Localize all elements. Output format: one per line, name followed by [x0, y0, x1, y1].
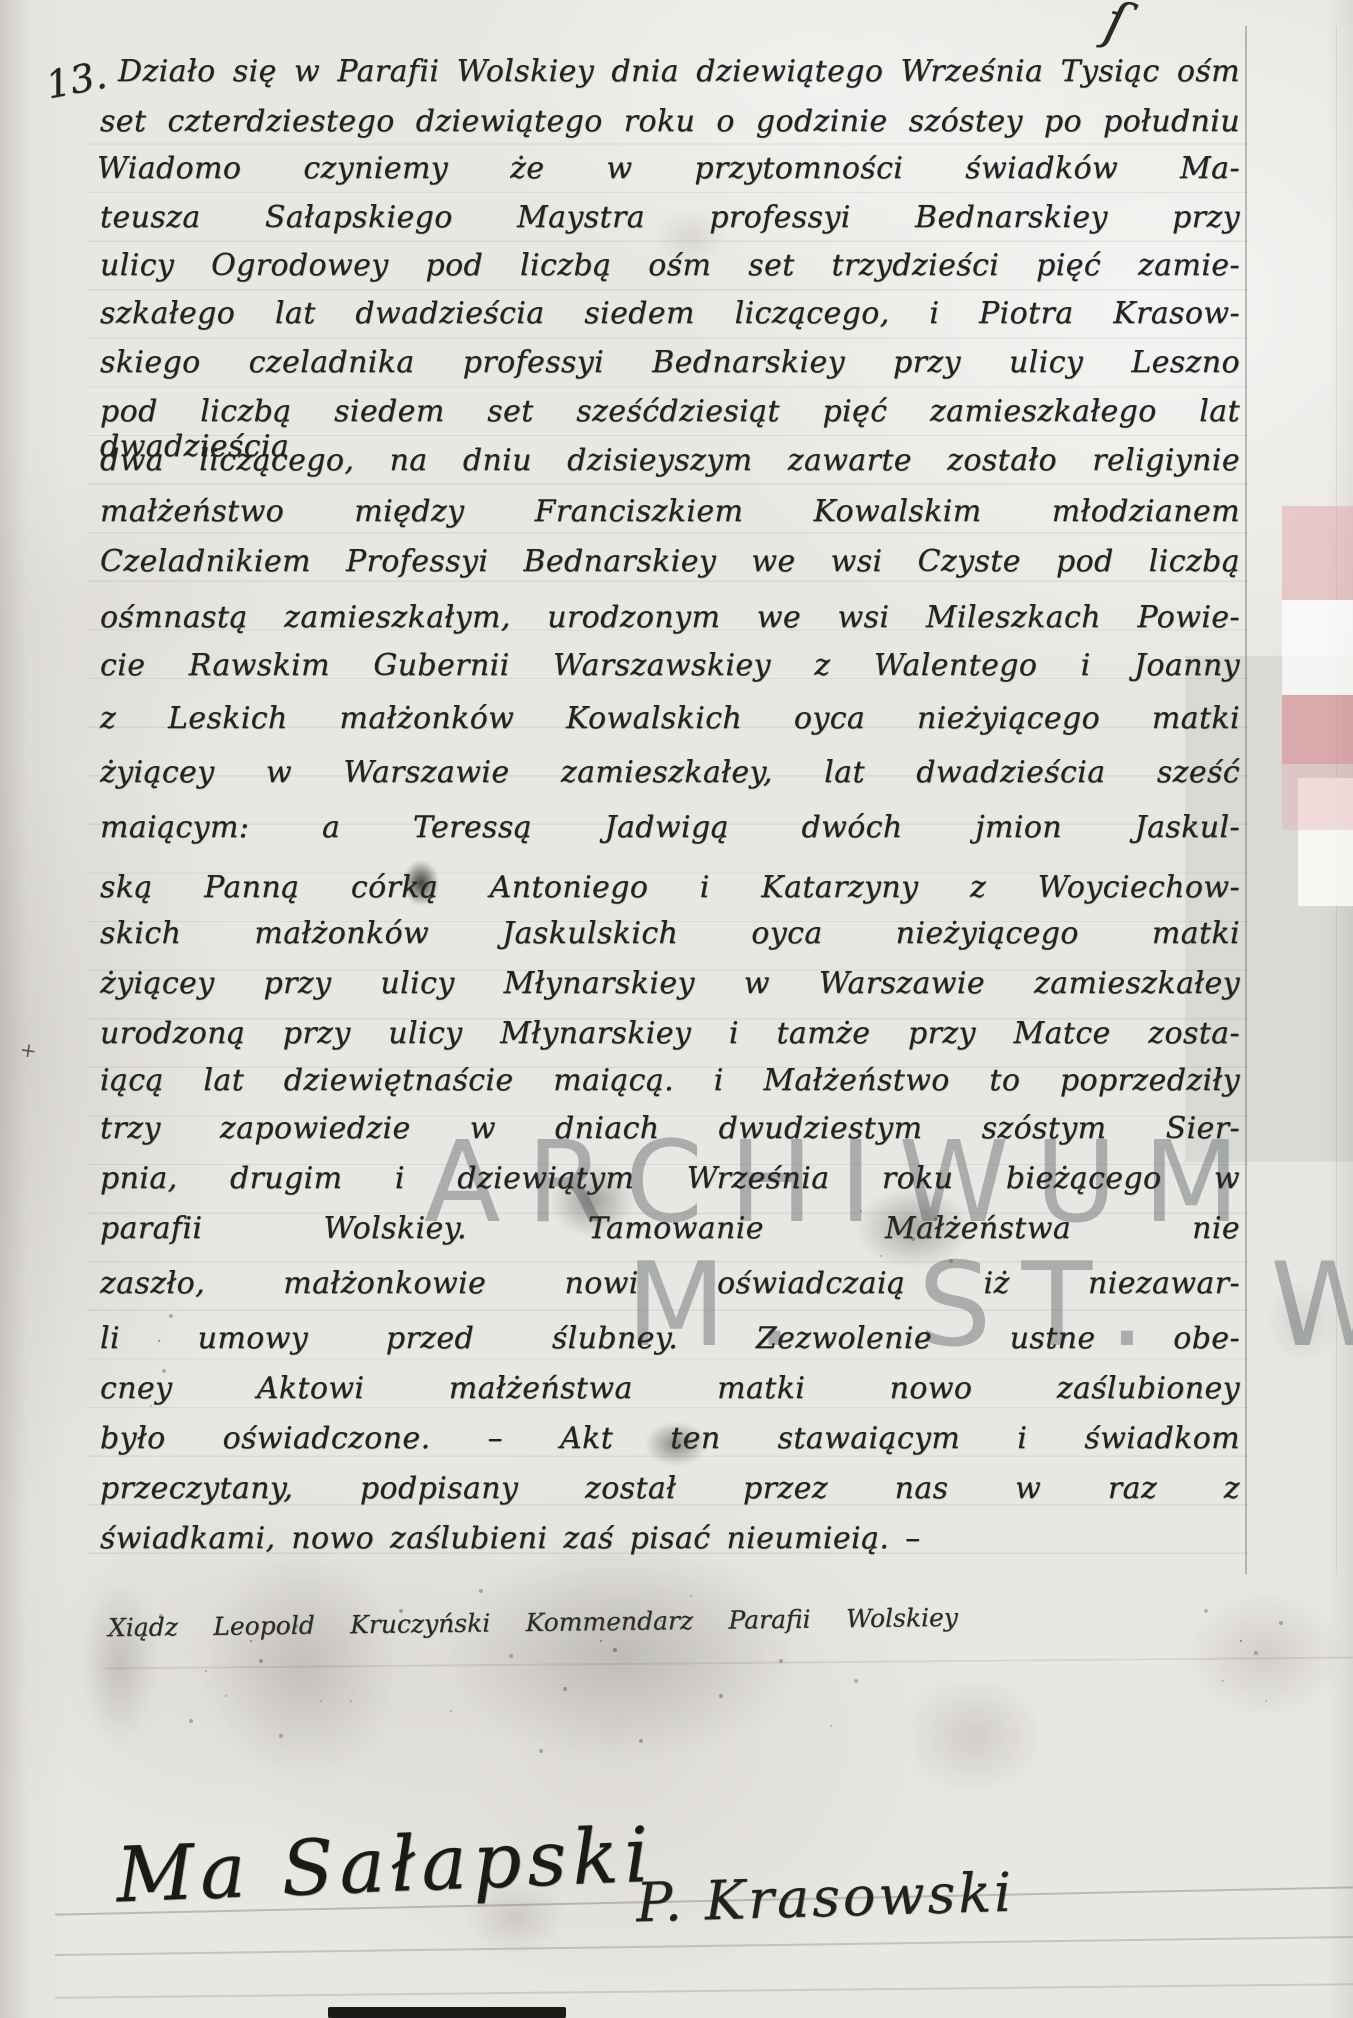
- left-margin-mark: +: [18, 1037, 36, 1063]
- record-text-line: trzy zapowiedzie w dniach dwudziestym sz…: [100, 1111, 1240, 1157]
- record-text-line: pod liczbą siedem set sześćdziesiąt pięć…: [100, 394, 1240, 440]
- record-text-line: li umowy przed ślubney. Zezwolenie ustne…: [100, 1321, 1240, 1367]
- ink-speckles: [158, 1340, 160, 1342]
- record-text-line: ską Panną córką Antoniego i Katarzyny z …: [100, 870, 1240, 916]
- archive-logo-pink-block-mid: [1282, 695, 1353, 764]
- document-scan: ARCHIWUM M. ST. W 13. ſ + Działo się w P…: [0, 0, 1353, 2018]
- record-text-line: iącą lat dziewiętnaście maiącą. i Małżeń…: [100, 1063, 1240, 1109]
- archive-logo-white-block: [1282, 600, 1353, 695]
- record-text-line: żyiącey przy ulicy Młynarskiey w Warszaw…: [100, 966, 1240, 1012]
- record-text-line: zaszło, małżonkowie nowi oświadczaią iż …: [100, 1266, 1240, 1312]
- ink-stain: [645, 1422, 707, 1466]
- foxing-stain: [205, 1550, 400, 1780]
- foxing-stain: [82, 1580, 157, 1745]
- record-text-line: skiego czeladnika professyi Bednarskiey …: [100, 345, 1240, 391]
- foxing-stain: [905, 1675, 1045, 1795]
- record-text-line: Czeladnikiem Professyi Bednarskiey we ws…: [100, 544, 1240, 590]
- record-text-line: żyiącey w Warszawie zamieszkałey, lat dw…: [100, 755, 1240, 801]
- record-text-line: ośmnastą zamieszkałym, urodzonym we wsi …: [100, 600, 1240, 646]
- archive-logo-pink-block-bottom: [1282, 764, 1353, 830]
- ink-stain: [550, 1165, 634, 1237]
- foxing-stain: [655, 210, 725, 265]
- record-text-line: dwa liczącego, na dniu dzisieyszym zawar…: [100, 443, 1240, 489]
- record-text-line: przeczytany, podpisany został przez nas …: [100, 1471, 1240, 1517]
- witness-signature-2: P. Krasowski: [635, 1861, 1015, 1935]
- foxing-stain: [1265, 1280, 1340, 1365]
- record-text-line: Wiadomo czyniemy że w przytomności świad…: [97, 151, 1240, 197]
- record-text-line: urodzoną przy ulicy Młynarskiey i tamże …: [100, 1016, 1240, 1062]
- record-text-line: małżeństwo między Franciszkiem Kowalskim…: [100, 494, 1240, 540]
- ink-blot: [403, 860, 439, 906]
- signature-baseline: [55, 1936, 1353, 1956]
- record-text-line: Działo się w Parafii Wolskiey dnia dziew…: [118, 54, 1240, 100]
- record-text-line: skich małżonków Jaskulskich oyca nieżyią…: [100, 916, 1240, 962]
- pen-stroke-mark: ſ: [1099, 0, 1134, 54]
- ink-stain: [856, 1188, 971, 1268]
- record-text-line: pnia, drugim i dziewiątym Września roku …: [100, 1161, 1240, 1207]
- signature-baseline: [55, 1983, 1353, 1999]
- record-text-line: szkałego lat dwadzieścia siedem licząceg…: [100, 296, 1240, 342]
- record-text-line: maiącym: a Teressą Jadwigą dwóch jmion J…: [100, 810, 1240, 856]
- archive-logo-pink-block-top: [1282, 506, 1353, 600]
- foxing-stain: [1185, 1590, 1345, 1720]
- foxing-stain: [465, 1880, 565, 1955]
- foxing-stain: [440, 1545, 800, 1760]
- record-text-line: set czterdziestego dziewiątego roku o go…: [100, 104, 1240, 150]
- scan-edge-artifact: [328, 2007, 566, 2018]
- record-text-line: cney Aktowi małżeństwa matki nowo zaślub…: [100, 1371, 1240, 1417]
- record-text-line: parafii Wolskiey. Tamowanie Małżeństwa n…: [100, 1211, 1240, 1257]
- record-text-line: cie Rawskim Gubernii Warszawskiey z Wale…: [100, 648, 1240, 694]
- record-text-line: z Leskich małżonków Kowalskich oyca nież…: [100, 701, 1240, 747]
